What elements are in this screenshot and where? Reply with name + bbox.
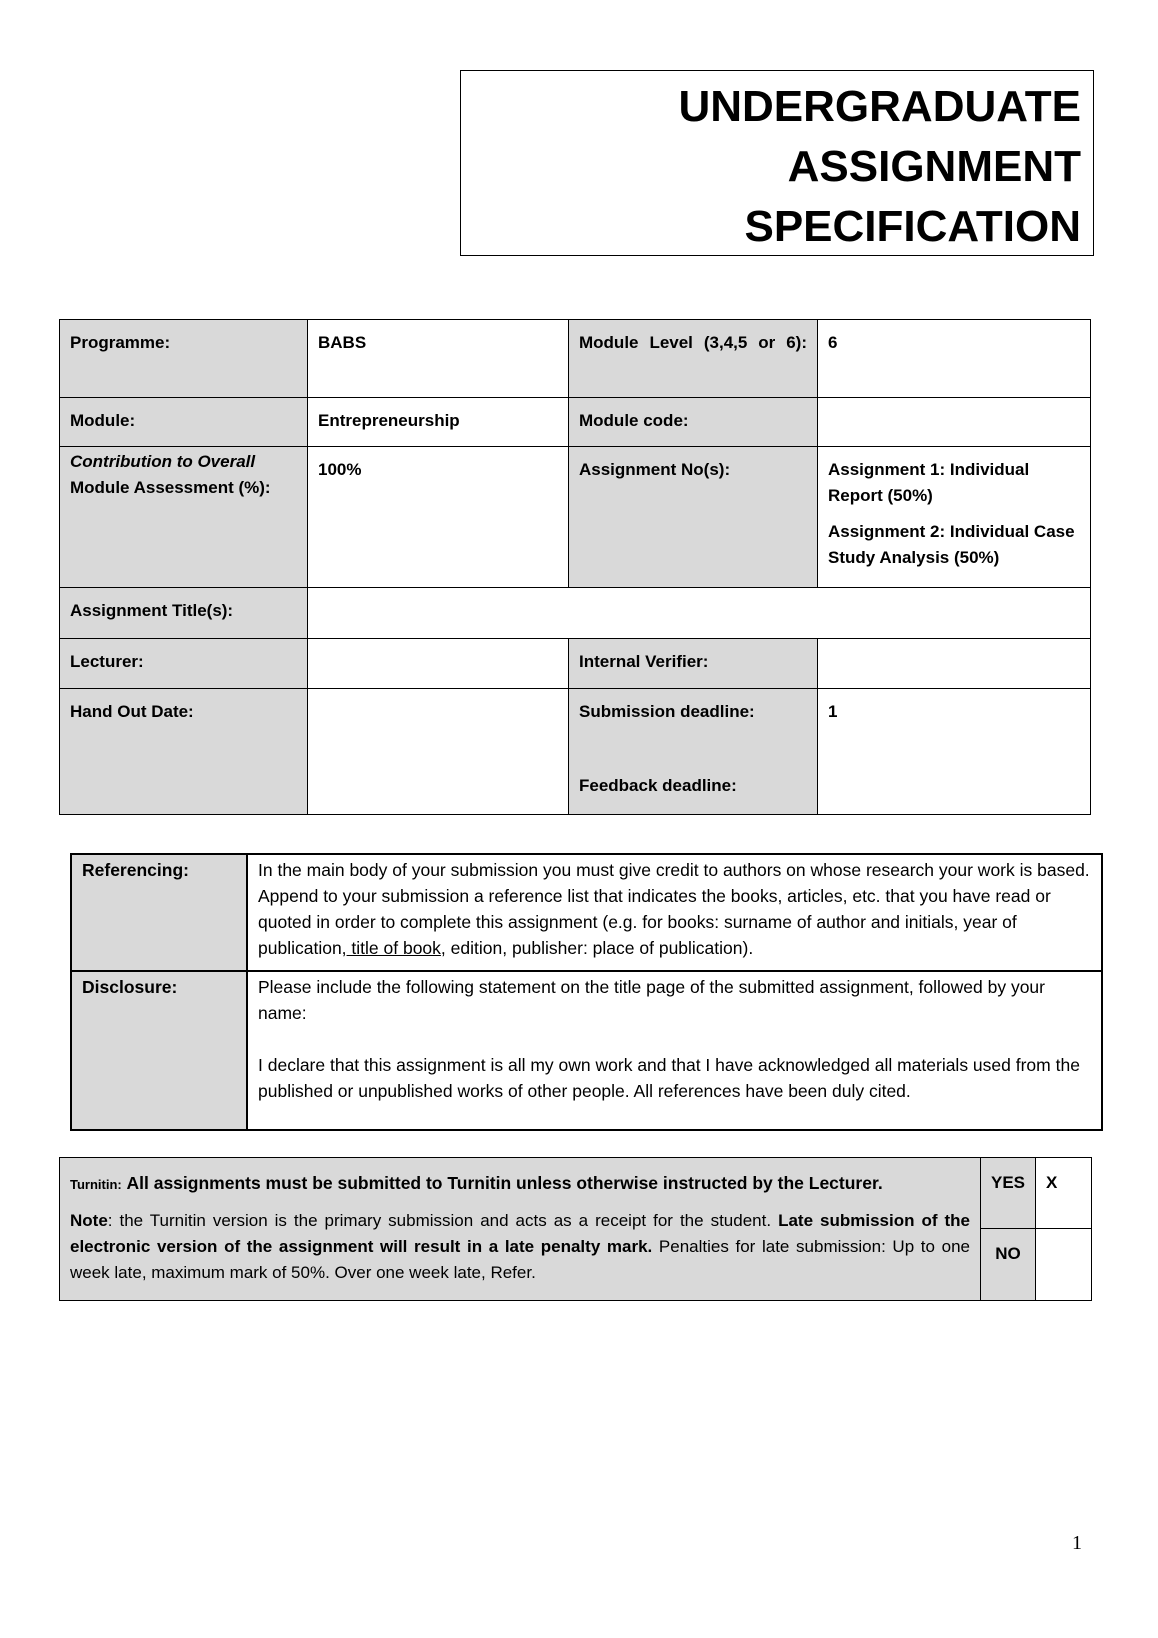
title-line-3: SPECIFICATION [461,197,1081,257]
hand-out-date-label: Hand Out Date: [60,689,308,815]
table-row: Module: Entrepreneurship Module code: [60,398,1091,447]
deadlines-labels: Submission deadline: Feedback deadline: [569,689,818,815]
no-mark[interactable] [1036,1229,1092,1301]
assignment-2: Assignment 2: Individual Case Study Anal… [828,519,1080,571]
disclosure-label: Disclosure: [71,971,247,1130]
module-level-label: Module Level (3,4,5 or 6): [569,320,818,398]
module-level-value: 6 [818,320,1091,398]
referencing-disclosure-table: Referencing: In the main body of your su… [70,853,1103,1131]
programme-value: BABS [308,320,569,398]
disclosure-intro: Please include the following statement o… [258,974,1091,1026]
table-row: Assignment Title(s): [60,588,1091,639]
lecturer-label: Lecturer: [60,639,308,689]
turnitin-headline: Turnitin: All assignments must be submit… [70,1170,970,1198]
module-code-value [818,398,1091,447]
title-line-1: UNDERGRADUATE [461,77,1081,137]
assignment-info-table: Programme: BABS Module Level (3,4,5 or 6… [59,319,1091,815]
module-label: Module: [60,398,308,447]
turnitin-table: Turnitin: All assignments must be submit… [59,1157,1092,1301]
contribution-label-italic: Contribution to Overall [70,452,255,471]
referencing-text: In the main body of your submission you … [247,854,1102,971]
submission-deadline-label: Submission deadline: [579,699,807,725]
table-row: Hand Out Date: Submission deadline: Feed… [60,689,1091,815]
document-title-box: UNDERGRADUATE ASSIGNMENT SPECIFICATION [460,70,1094,256]
page-number: 1 [1072,1532,1082,1555]
title-line-2: ASSIGNMENT [461,137,1081,197]
yes-label: YES [981,1158,1036,1229]
contribution-label: Contribution to Overall Module Assessmen… [60,447,308,588]
submission-deadline-value: 1 [818,689,1091,815]
title-of-book-underlined: title of book [347,938,441,958]
contribution-label-rest: Module Assessment (%): [70,478,271,497]
module-code-label: Module code: [569,398,818,447]
table-row: Contribution to Overall Module Assessmen… [60,447,1091,588]
no-label: NO [981,1229,1036,1301]
assignment-title-value [308,588,1091,639]
assignment-no-label: Assignment No(s): [569,447,818,588]
table-row: Disclosure: Please include the following… [71,971,1102,1130]
programme-label: Programme: [60,320,308,398]
contribution-value: 100% [308,447,569,588]
assignment-title-label: Assignment Title(s): [60,588,308,639]
table-row: Turnitin: All assignments must be submit… [60,1158,1092,1229]
table-row: Programme: BABS Module Level (3,4,5 or 6… [60,320,1091,398]
turnitin-label: Turnitin: [70,1177,122,1192]
disclosure-statement: I declare that this assignment is all my… [258,1052,1091,1104]
feedback-deadline-label: Feedback deadline: [579,773,807,799]
disclosure-text: Please include the following statement o… [247,971,1102,1130]
turnitin-info: Turnitin: All assignments must be submit… [60,1158,981,1301]
lecturer-value [308,639,569,689]
internal-verifier-value [818,639,1091,689]
assignment-list: Assignment 1: Individual Report (50%) As… [818,447,1091,588]
module-value: Entrepreneurship [308,398,569,447]
table-row: Lecturer: Internal Verifier: [60,639,1091,689]
assignment-1: Assignment 1: Individual Report (50%) [828,457,1080,509]
yes-mark[interactable]: X [1036,1158,1092,1229]
referencing-label: Referencing: [71,854,247,971]
internal-verifier-label: Internal Verifier: [569,639,818,689]
hand-out-date-value [308,689,569,815]
table-row: Referencing: In the main body of your su… [71,854,1102,971]
turnitin-note: Note: the Turnitin version is the primar… [70,1208,970,1286]
